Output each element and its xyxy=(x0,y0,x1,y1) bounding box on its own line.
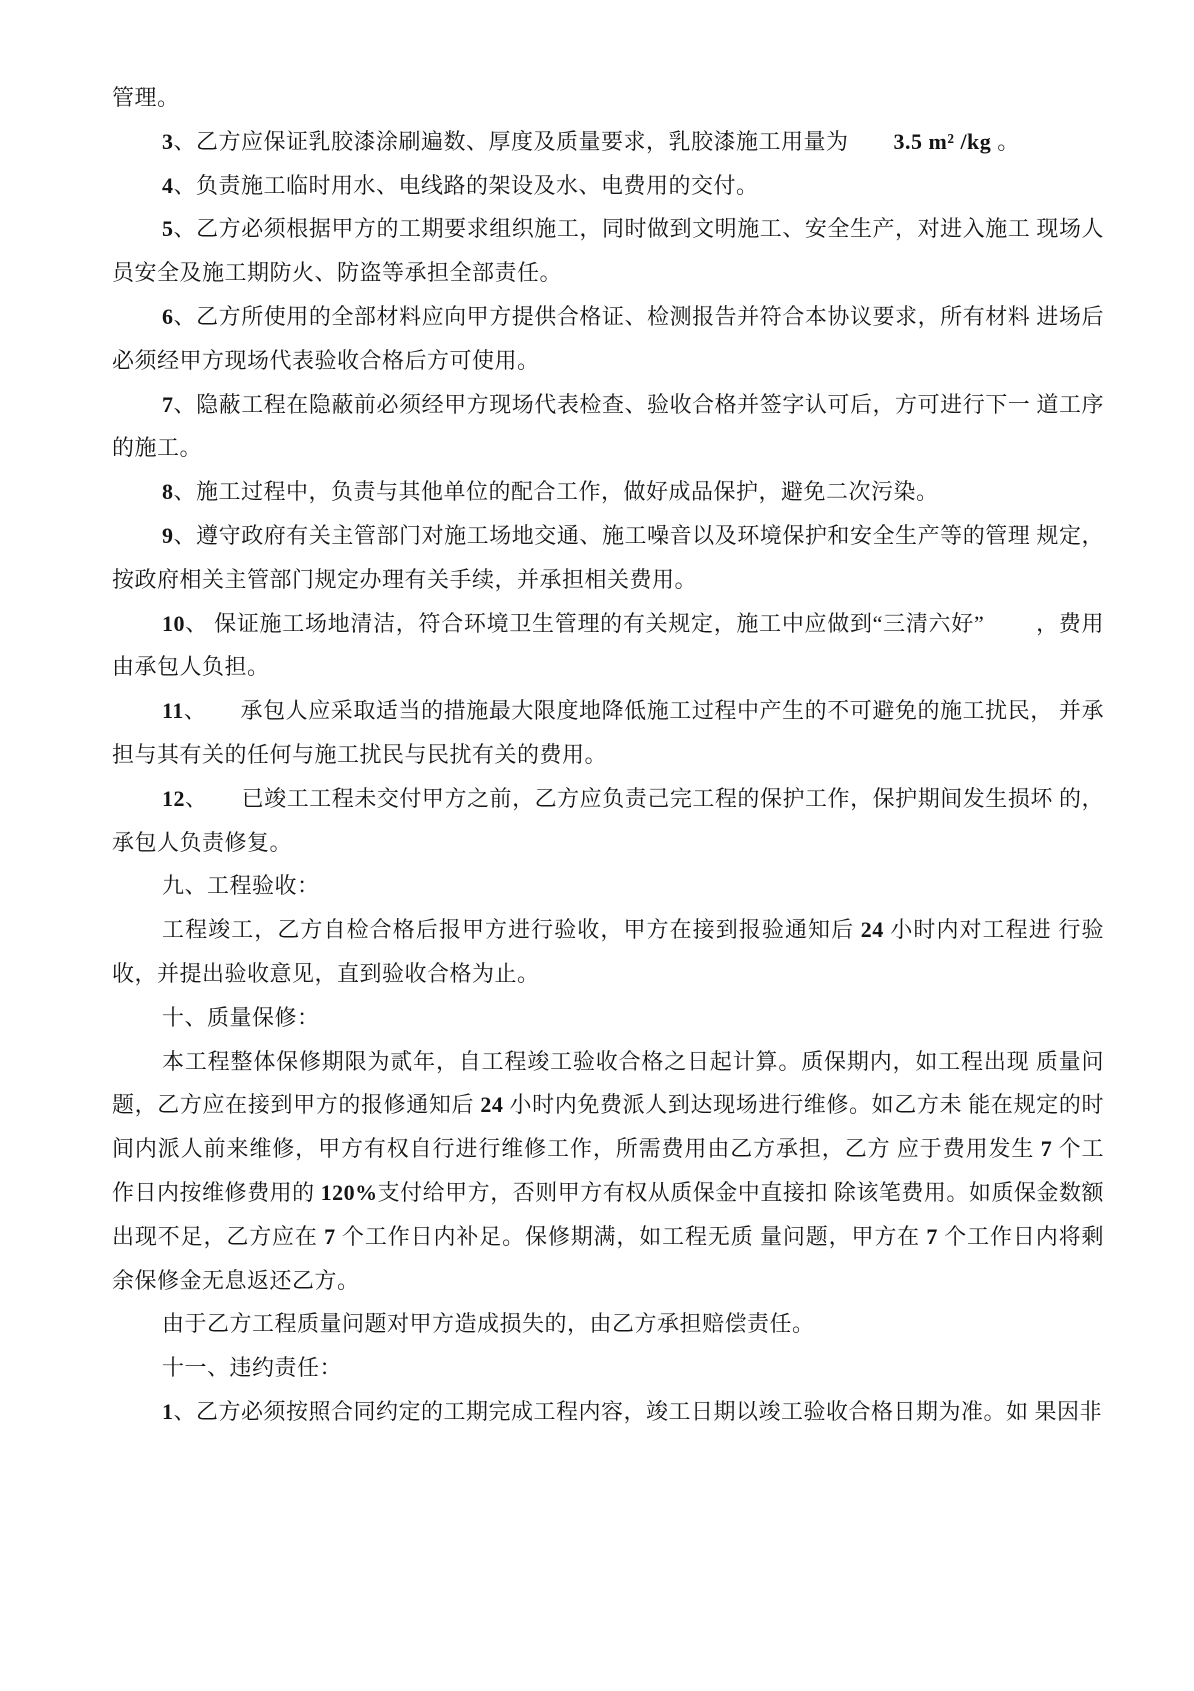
text-run: 、乙方所使用的全部材料应向甲方提供合格证、检测报告并符合本协议要求，所有材料 进… xyxy=(112,304,1104,373)
emphasis-run: 24 xyxy=(861,917,884,942)
para-section-9-acceptance: 九、工程验收： xyxy=(112,864,1104,908)
text-run: 。 xyxy=(991,129,1020,154)
emphasis-run: 11 xyxy=(162,698,184,723)
text-run: 、施工过程中，负责与其他单位的配合工作，做好成品保护，避免二次污染。 xyxy=(174,479,939,504)
emphasis-run: 10 xyxy=(162,611,185,636)
emphasis-run: 3 xyxy=(162,129,174,154)
emphasis-run: 3.5 m² /kg xyxy=(894,129,992,154)
emphasis-run: 7 xyxy=(926,1224,938,1249)
para-item-8: 8、施工过程中，负责与其他单位的配合工作，做好成品保护，避免二次污染。 xyxy=(112,470,1104,514)
contract-text: 管理。3、乙方应保证乳胶漆涂刷遍数、厚度及质量要求，乳胶漆施工用量为 3.5 m… xyxy=(112,76,1104,1434)
text-run: 个工作日内补足。保修期满，如工程无质 量问题，甲方在 xyxy=(336,1224,927,1249)
emphasis-run: 1 xyxy=(162,1399,174,1424)
emphasis-run: 8 xyxy=(162,479,174,504)
text-run: 十、质量保修： xyxy=(162,1005,320,1030)
para-item-5: 5、乙方必须根据甲方的工期要求组织施工，同时做到文明施工、安全生产，对进入施工 … xyxy=(112,207,1104,295)
text-run: 十一、违约责任： xyxy=(162,1355,342,1380)
text-run: 、 承包人应采取适当的措施最大限度地降低施工过程中产生的不可避免的施工扰民， 并… xyxy=(112,698,1104,767)
para-acceptance-body: 工程竣工，乙方自检合格后报甲方进行验收，甲方在接到报验通知后 24 小时内对工程… xyxy=(112,908,1104,996)
text-run: 由于乙方工程质量问题对甲方造成损失的，由乙方承担赔偿责任。 xyxy=(162,1311,815,1336)
text-run: 、 保证施工场地清洁，符合环境卫生管理的有关规定，施工中应做到“三清六好” ，费… xyxy=(112,611,1104,680)
emphasis-run: 7 xyxy=(324,1224,336,1249)
emphasis-run: 5 xyxy=(162,216,174,241)
text-run: 、乙方必须按照合同约定的工期完成工程内容，竣工日期以竣工验收合格日期为准。如 果… xyxy=(174,1399,1103,1424)
emphasis-run: 120% xyxy=(321,1180,378,1205)
para-item-9: 9、遵守政府有关主管部门对施工场地交通、施工噪音以及环境保护和安全生产等的管理 … xyxy=(112,514,1104,602)
emphasis-run: 9 xyxy=(162,523,174,548)
para-item-6: 6、乙方所使用的全部材料应向甲方提供合格证、检测报告并符合本协议要求，所有材料 … xyxy=(112,295,1104,383)
text-run: 、 已竣工工程未交付甲方之前，乙方应负责己完工程的保护工作，保护期间发生损坏 的… xyxy=(112,786,1104,855)
para-item-11: 11、 承包人应采取适当的措施最大限度地降低施工过程中产生的不可避免的施工扰民，… xyxy=(112,689,1104,777)
para-item-12: 12、 已竣工工程未交付甲方之前，乙方应负责己完工程的保护工作，保护期间发生损坏… xyxy=(112,777,1104,865)
emphasis-run: 7 xyxy=(162,392,174,417)
para-warranty-liability: 由于乙方工程质量问题对甲方造成损失的，由乙方承担赔偿责任。 xyxy=(112,1302,1104,1346)
text-run: 、乙方必须根据甲方的工期要求组织施工，同时做到文明施工、安全生产，对进入施工 现… xyxy=(112,216,1104,285)
text-run: 、隐蔽工程在隐蔽前必须经甲方现场代表检查、验收合格并签字认可后，方可进行下一 道… xyxy=(112,392,1104,461)
para-warranty-body: 本工程整体保修期限为贰年，自工程竣工验收合格之日起计算。质保期内，如工程出现 质… xyxy=(112,1040,1104,1303)
para-breach-item-1: 1、乙方必须按照合同约定的工期完成工程内容，竣工日期以竣工验收合格日期为准。如 … xyxy=(112,1390,1104,1434)
para-item-3: 3、乙方应保证乳胶漆涂刷遍数、厚度及质量要求，乳胶漆施工用量为 3.5 m² /… xyxy=(112,120,1104,164)
para-item-10: 10、 保证施工场地清洁，符合环境卫生管理的有关规定，施工中应做到“三清六好” … xyxy=(112,602,1104,690)
emphasis-run: 7 xyxy=(1041,1136,1053,1161)
emphasis-run: 12 xyxy=(162,786,185,811)
text-run: 工程竣工，乙方自检合格后报甲方进行验收，甲方在接到报验通知后 xyxy=(162,917,861,942)
emphasis-run: 4 xyxy=(162,173,174,198)
para-item-4: 4、负责施工临时用水、电线路的架设及水、电费用的交付。 xyxy=(112,164,1104,208)
para-item-7: 7、隐蔽工程在隐蔽前必须经甲方现场代表检查、验收合格并签字认可后，方可进行下一 … xyxy=(112,383,1104,471)
emphasis-run: 24 xyxy=(480,1092,503,1117)
text-run: 、乙方应保证乳胶漆涂刷遍数、厚度及质量要求，乳胶漆施工用量为 xyxy=(174,129,894,154)
para-section-10-warranty: 十、质量保修： xyxy=(112,996,1104,1040)
text-run: 管理。 xyxy=(112,85,180,110)
document-page: 管理。3、乙方应保证乳胶漆涂刷遍数、厚度及质量要求，乳胶漆施工用量为 3.5 m… xyxy=(0,0,1194,1691)
para-continuation-management: 管理。 xyxy=(112,76,1104,120)
emphasis-run: 6 xyxy=(162,304,174,329)
text-run: 、遵守政府有关主管部门对施工场地交通、施工噪音以及环境保护和安全生产等的管理 规… xyxy=(112,523,1104,592)
text-run: 、负责施工临时用水、电线路的架设及水、电费用的交付。 xyxy=(174,173,759,198)
text-run: 九、工程验收： xyxy=(162,873,320,898)
para-section-11-breach: 十一、违约责任： xyxy=(112,1346,1104,1390)
